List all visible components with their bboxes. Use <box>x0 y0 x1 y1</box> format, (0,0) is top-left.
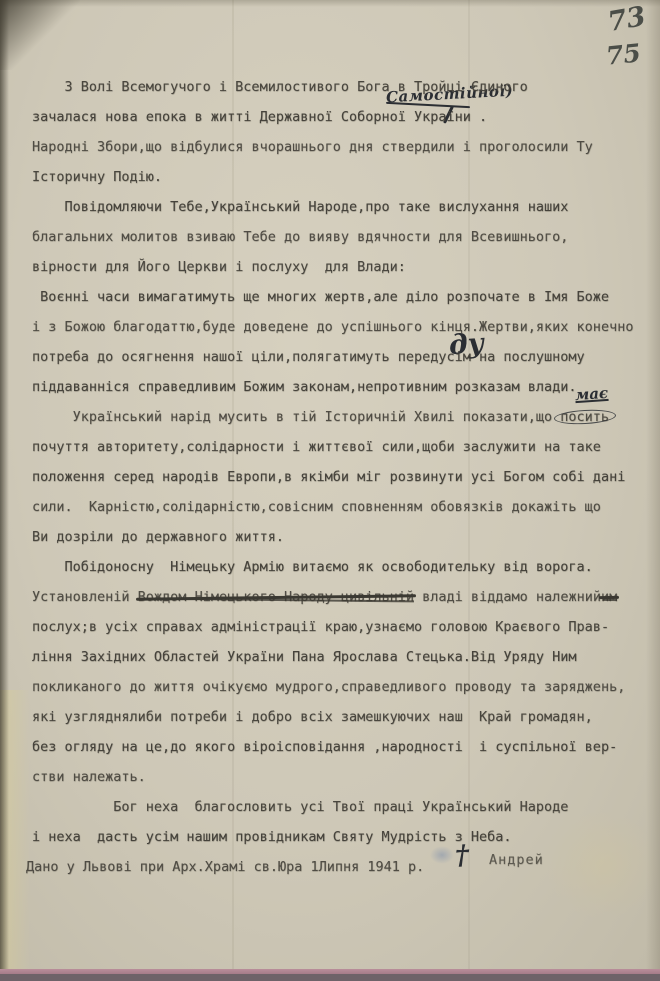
document-page: 73 75 Самостійної) ду має З Волі Всемогу… <box>0 0 660 981</box>
signature-name: Андрей <box>489 852 544 868</box>
struck-text: Вождом Німецького Народу цивільній <box>138 589 414 605</box>
doc-line: зачалася нова епока в житті Державної Со… <box>32 102 648 132</box>
doc-line: Бог неха благословить усі Твої праці Укр… <box>32 792 648 822</box>
doc-line: Український нарід мусить в тій Історичні… <box>32 402 648 432</box>
page-bottom-edge <box>0 974 660 981</box>
doc-line: Історичну Подію. <box>32 162 648 192</box>
line-text: Український нарід мусить в тій Історичні… <box>73 409 561 425</box>
typed-text-body: З Волі Всемогучого і Всемилостивого Бога… <box>32 72 648 882</box>
doc-line: вірности для Його Церкви і послуху для В… <box>32 252 648 282</box>
doc-line: і з Божою благодаттю,буде доведене до ус… <box>32 312 648 342</box>
page-edge-left <box>0 0 9 981</box>
doc-line: без огляду на це,до якого віроісповіданн… <box>32 732 648 762</box>
signature-cross-icon: † <box>454 840 469 871</box>
page-edge-right <box>646 0 660 981</box>
handwritten-page-number: 75 <box>605 38 643 70</box>
page-edge-top <box>0 0 660 7</box>
doc-line: почуття авторитету,солідарности і життєв… <box>32 432 648 462</box>
doc-line: З Волі Всемогучого і Всемилостивого Бога… <box>32 72 648 102</box>
doc-line: Установленій Вождом Німецького Народу ци… <box>32 582 648 612</box>
doc-line: покликаного до життя очікуємо мудрого,сп… <box>32 672 648 702</box>
doc-line: потреба до осягнення нашої ціли,полягати… <box>32 342 648 372</box>
date-line: Дано у Львові при Арх.Храмі св.Юра 1Липн… <box>26 852 648 882</box>
doc-line: Побідоносну Німецьку Армію витаємо як ос… <box>32 552 648 582</box>
line-text: владі віддамо належний <box>414 589 601 605</box>
doc-line: які узгляднялиби потреби і добро всіх за… <box>32 702 648 732</box>
line-text: Установленій <box>32 589 138 605</box>
doc-line: Воєнні часи вимагатимуть ще многих жертв… <box>32 282 648 312</box>
doc-line: ління Західних Областей України Пана Яро… <box>32 642 648 672</box>
doc-line: послух;в усіх справах адміністрації краю… <box>32 612 648 642</box>
doc-line: сили. Карністю,солідарністю,совісним спо… <box>32 492 648 522</box>
doc-line: і неха дасть усім нашим провідникам Свят… <box>32 822 648 852</box>
doc-line: стви належать. <box>32 762 648 792</box>
doc-line: піддаванніся справедливим Божим законам,… <box>32 372 648 402</box>
doc-line: Повідомляючи Тебе,Український Народе,про… <box>32 192 648 222</box>
page-corner-shadow <box>0 0 80 70</box>
doc-line: Народні Збори,що відбулися вчорашнього д… <box>32 132 648 162</box>
struck-text: им <box>601 589 617 605</box>
doc-line: положення серед народів Европи,в якімби … <box>32 462 648 492</box>
circled-word: посить <box>560 409 609 425</box>
doc-line: благальних молитов взиваю Тебе до вияву … <box>32 222 648 252</box>
doc-line: Ви дозріли до державного життя. <box>32 522 648 552</box>
handwritten-page-number: 73 <box>606 1 648 38</box>
